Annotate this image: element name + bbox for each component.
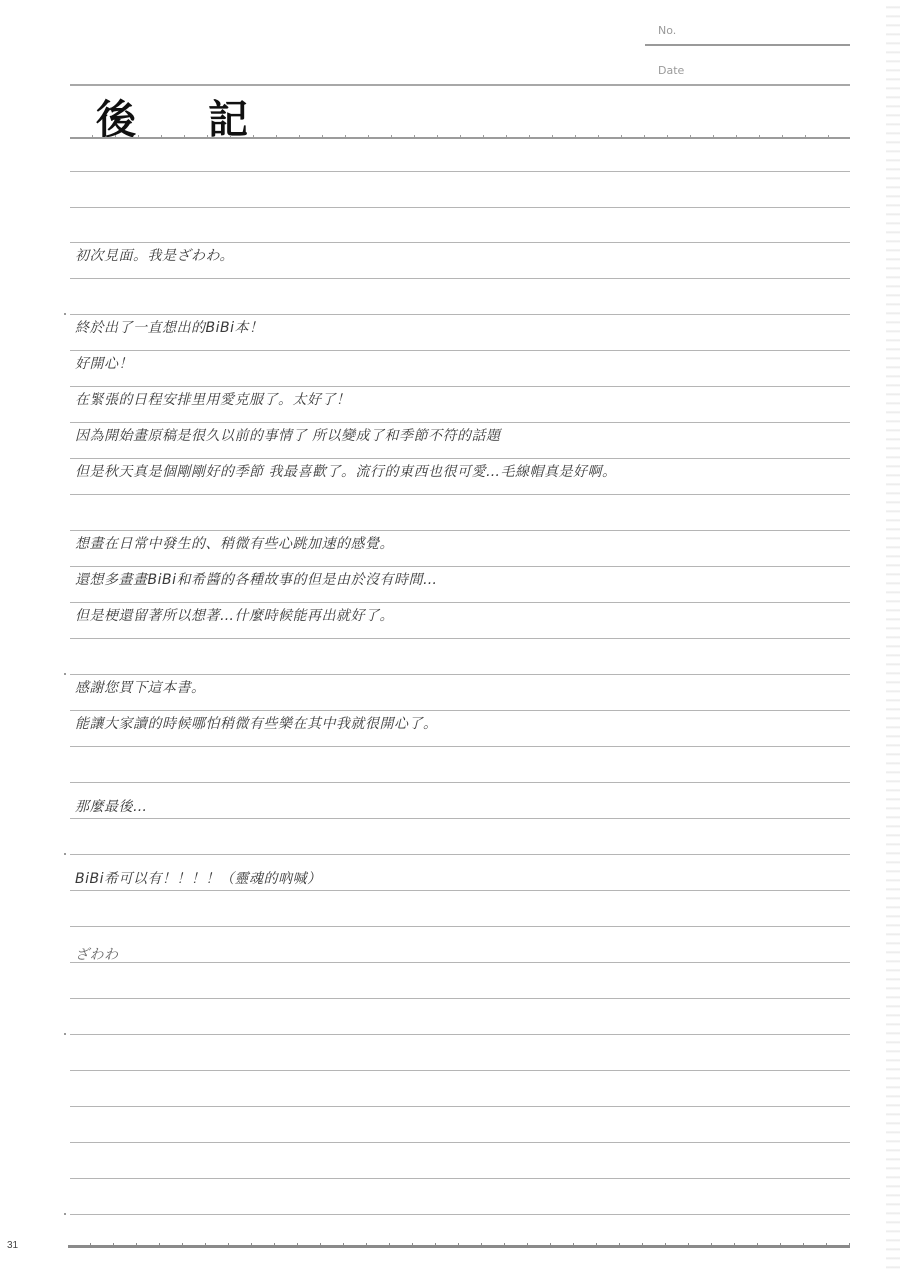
afterword-line: 終於出了一直想出的BiBi本！	[75, 317, 264, 337]
ruled-line	[70, 710, 850, 711]
ruled-line	[70, 674, 850, 675]
ruled-line	[70, 890, 850, 891]
afterword-line: BiBi希可以有！！！！（靈魂的吶喊）	[75, 868, 322, 888]
ruled-line	[70, 1178, 850, 1179]
ruled-line	[70, 854, 850, 855]
ruled-line	[70, 278, 850, 279]
no-label: No.	[658, 24, 676, 37]
ruled-line	[70, 602, 850, 603]
author-signature: ざわわ	[75, 944, 119, 964]
ruled-line	[70, 458, 850, 459]
ruled-line	[70, 1034, 850, 1035]
page-edge-scan-artifact	[886, 0, 900, 1275]
ruled-line	[70, 782, 850, 783]
ruled-line	[70, 638, 850, 639]
ruled-line	[70, 998, 850, 999]
ruled-line	[70, 386, 850, 387]
afterword-line: 但是梗還留著所以想著…什麼時候能再出就好了。	[75, 605, 394, 625]
ruled-line	[70, 1106, 850, 1107]
title-top-rule	[70, 84, 850, 86]
afterword-line: 想畫在日常中發生的、稍微有些心跳加速的感覺。	[75, 533, 394, 553]
ruled-line	[70, 1070, 850, 1071]
afterword-line: 在緊張的日程安排里用愛克服了。太好了！	[75, 389, 351, 409]
afterword-line: 因為開始畫原稿是很久以前的事情了 所以變成了和季節不符的話題	[75, 425, 500, 445]
ruled-line	[70, 171, 850, 172]
ruled-line	[70, 1142, 850, 1143]
page-number: 31	[7, 1240, 18, 1251]
ruled-line	[70, 207, 850, 208]
ruled-line	[70, 1214, 850, 1215]
afterword-line: 還想多畫畫BiBi和希醬的各種故事的但是由於沒有時間…	[75, 569, 438, 589]
ruled-line	[70, 314, 850, 315]
ruled-line	[70, 242, 850, 243]
bottom-rule-ticked	[68, 1245, 850, 1248]
ruled-line	[70, 530, 850, 531]
afterword-line: 感謝您買下這本書。	[75, 677, 206, 697]
ruled-line	[70, 818, 850, 819]
ruled-line	[70, 494, 850, 495]
ruled-line	[70, 926, 850, 927]
date-label: Date	[658, 64, 684, 77]
afterword-line: 好開心！	[75, 353, 133, 373]
afterword-line: 初次見面。我是ざわわ。	[75, 245, 234, 265]
afterword-line: 那麼最後…	[75, 796, 148, 816]
afterword-line: 但是秋天真是個剛剛好的季節 我最喜歡了。流行的東西也很可愛…毛線帽真是好啊。	[75, 461, 616, 481]
ruled-line	[70, 962, 850, 963]
title-underline-ticked	[70, 137, 850, 139]
no-field-line	[645, 44, 850, 46]
ruled-line	[70, 422, 850, 423]
ruled-line	[70, 566, 850, 567]
afterword-line: 能讓大家讀的時候哪怕稍微有些樂在其中我就很開心了。	[75, 713, 438, 733]
ruled-line	[70, 746, 850, 747]
ruled-line	[70, 350, 850, 351]
